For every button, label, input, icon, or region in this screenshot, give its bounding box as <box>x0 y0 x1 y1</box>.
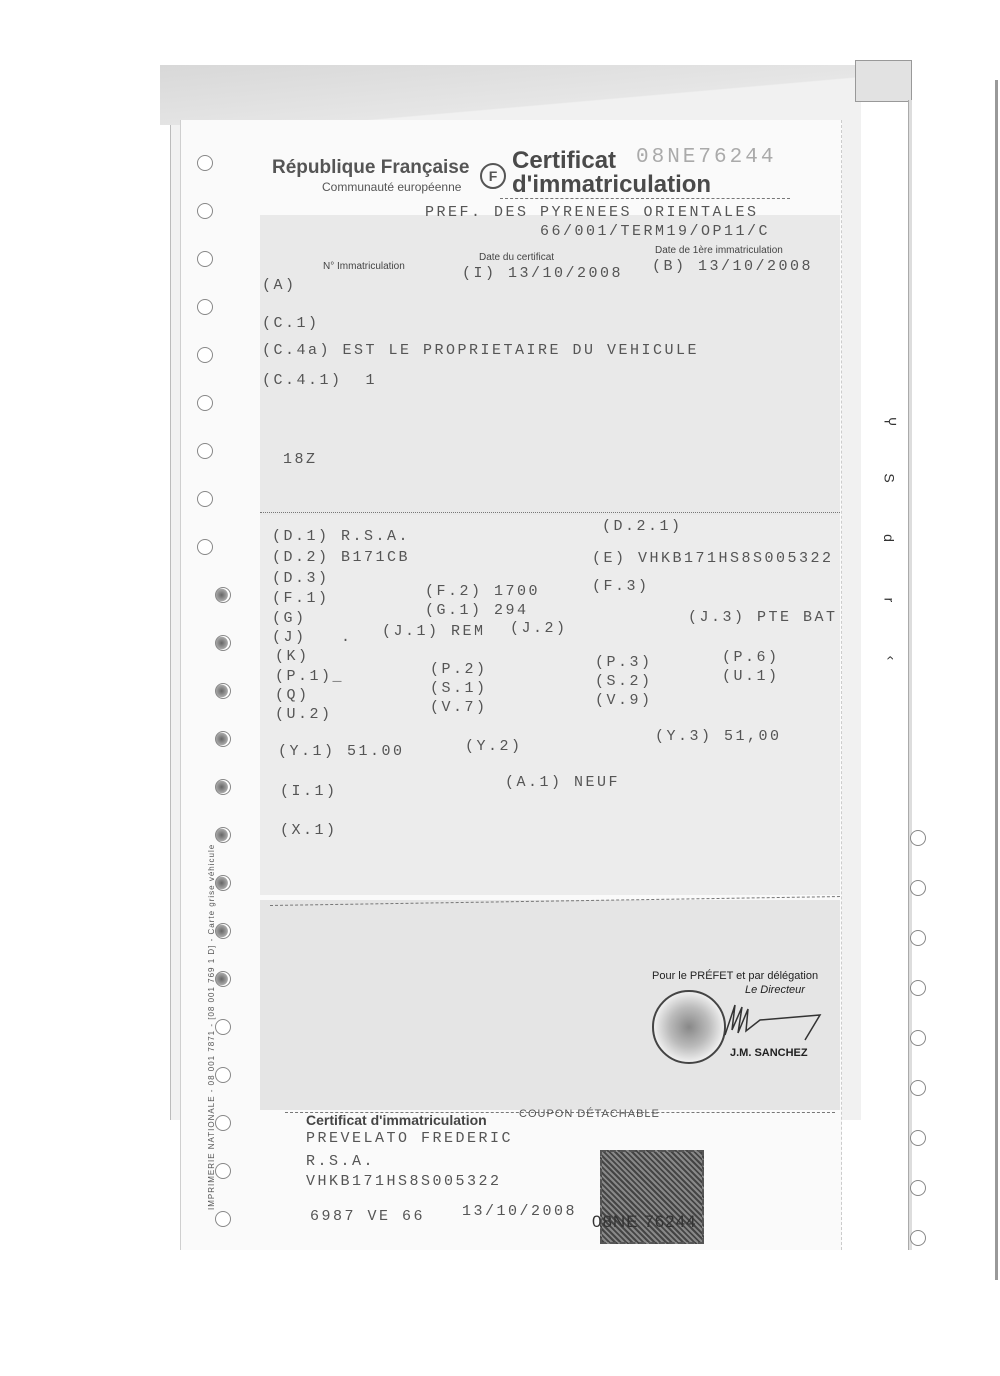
perforation-hole-icon <box>215 1211 231 1227</box>
field-i1: (I.1) <box>280 783 338 800</box>
perforation-hole-icon <box>197 203 213 219</box>
field-y3: (Y.3) 51,00 <box>655 728 782 745</box>
perforation-hole-icon <box>215 1115 231 1131</box>
certificate-title-1: Certificat <box>512 148 616 173</box>
certificate-number: 08NE76244 <box>636 146 776 169</box>
field-f3: (F.3) <box>592 578 650 595</box>
field-e-vin: (E) VHKB171HS8S005322 <box>592 550 834 567</box>
perforation-hole-icon <box>197 395 213 411</box>
field-q: (Q) <box>275 687 310 704</box>
divider <box>500 198 790 199</box>
coupon-date: 13/10/2008 <box>462 1203 577 1220</box>
perforation-hole-icon <box>197 539 213 555</box>
field-c41: (C.4.1) 1 <box>262 372 377 389</box>
field-j3: (J.3) PTE BAT <box>688 609 838 626</box>
coupon-plate: 6987 VE 66 <box>310 1208 425 1225</box>
edge-mark-5: ‹ <box>883 656 899 661</box>
field-b: (B) 13/10/2008 <box>652 258 813 275</box>
prefecture: PREF. DES PYRENEES ORIENTALES <box>425 204 759 221</box>
paper-edge <box>908 100 912 1250</box>
watermark-zone-middle <box>260 515 840 895</box>
perforation-hole-icon <box>215 923 231 939</box>
perforation-hole-icon <box>215 1163 231 1179</box>
field-x1: (X.1) <box>280 822 338 839</box>
perforation-hole-icon <box>910 1130 926 1146</box>
signature-scribble-icon <box>720 995 830 1045</box>
perforation-hole-icon <box>910 1180 926 1196</box>
field-v9: (V.9) <box>595 692 653 709</box>
printer-margin-text: IMPRIMERIE NATIONALE - 08 001 7871 - [08… <box>207 844 216 1210</box>
perforation-hole-icon <box>910 830 926 846</box>
perforation-hole-icon <box>215 683 231 699</box>
coupon-number: 08NE 76244 <box>592 1212 697 1232</box>
signature-line-1: Pour le PRÉFET et par délégation <box>652 970 818 982</box>
coupon-title: Certificat d'immatriculation <box>306 1112 487 1128</box>
perforation-hole-icon <box>215 587 231 603</box>
coupon-subtitle: COUPON DÉTACHABLE <box>519 1108 660 1120</box>
field-s1: (S.1) <box>430 680 488 697</box>
perforation-hole-icon <box>910 880 926 896</box>
perforation-hole-icon <box>197 155 213 171</box>
signatory-name: J.M. SANCHEZ <box>730 1047 808 1059</box>
republic-label: République Française <box>272 157 469 179</box>
field-f2: (F.2) 1700 <box>425 583 540 600</box>
field-f1: (F.1) <box>272 590 330 607</box>
edge-mark-3: d <box>881 534 897 542</box>
perforation-hole-icon <box>197 491 213 507</box>
label-registration-no: N° Immatriculation <box>323 261 405 272</box>
field-j: (J) . <box>272 629 353 646</box>
label-certificate-date: Date du certificat <box>479 252 554 263</box>
field-c4a: (C.4a) EST LE PROPRIETAIRE DU VEHICULE <box>262 342 699 359</box>
field-s2: (S.2) <box>595 673 653 690</box>
section-divider <box>260 512 840 513</box>
field-k: (K) <box>275 648 310 665</box>
field-g: (G) <box>272 610 307 627</box>
coupon-owner: PREVELATO FREDERIC <box>306 1130 513 1147</box>
field-p2: (P.2) <box>430 661 488 678</box>
perforation-hole-icon <box>197 443 213 459</box>
perforation-hole-icon <box>215 731 231 747</box>
france-mark-icon: F <box>480 163 506 189</box>
perforation-hole-icon <box>910 1230 926 1246</box>
perforation-hole-icon <box>215 635 231 651</box>
edge-mark-1: Ⴤ <box>881 417 898 425</box>
community-label: Communauté européenne <box>322 180 461 194</box>
scan-edge <box>995 80 998 1280</box>
field-v7: (V.7) <box>430 699 488 716</box>
field-y2: (Y.2) <box>465 738 523 755</box>
field-p3: (P.3) <box>595 654 653 671</box>
field-g1: (G.1) 294 <box>425 602 529 619</box>
perforation-hole-icon <box>197 251 213 267</box>
perforation-hole-icon <box>910 1080 926 1096</box>
perforation-hole-icon <box>910 980 926 996</box>
edge-mark-4: r <box>881 598 897 603</box>
holder-code: 18Z <box>283 451 318 468</box>
coupon-vin: VHKB171HS8S005322 <box>306 1173 502 1190</box>
field-d2: (D.2) B171CB <box>272 549 410 566</box>
perforation-hole-icon <box>910 930 926 946</box>
field-p6: (P.6) <box>722 649 780 666</box>
field-c1: (C.1) <box>262 315 320 332</box>
field-a1: (A.1) NEUF <box>505 774 620 791</box>
prefecture-seal-icon <box>652 990 726 1064</box>
perforation-hole-icon <box>197 347 213 363</box>
perforation-hole-icon <box>215 1019 231 1035</box>
perforation-hole-icon <box>215 779 231 795</box>
perforation-hole-icon <box>910 1030 926 1046</box>
field-j1: (J.1) REM <box>382 623 486 640</box>
field-u2: (U.2) <box>275 706 333 723</box>
perforation-hole-icon <box>215 827 231 843</box>
coupon-make: R.S.A. <box>306 1153 375 1170</box>
field-a: (A) <box>262 277 297 294</box>
certificate-title-2: d'immatriculation <box>512 172 711 197</box>
edge-mark-2: S <box>882 473 898 482</box>
field-y1: (Y.1) 51.00 <box>278 743 405 760</box>
folded-corner <box>160 65 860 125</box>
perforation-hole-icon <box>197 299 213 315</box>
field-d1: (D.1) R.S.A. <box>272 528 410 545</box>
field-d3: (D.3) <box>272 570 330 587</box>
field-p1: (P.1)_ <box>275 668 344 685</box>
perforation-hole-icon <box>215 1067 231 1083</box>
reference: 66/001/TERM19/OP11/C <box>540 223 770 240</box>
perforation-hole-icon <box>215 971 231 987</box>
label-first-registration: Date de 1ère immatriculation <box>655 245 783 256</box>
right-strip <box>855 60 912 102</box>
field-d21: (D.2.1) <box>602 518 683 535</box>
field-j2: (J.2) <box>510 620 568 637</box>
field-u1: (U.1) <box>722 668 780 685</box>
field-i: (I) 13/10/2008 <box>462 265 623 282</box>
perforation-hole-icon <box>215 875 231 891</box>
